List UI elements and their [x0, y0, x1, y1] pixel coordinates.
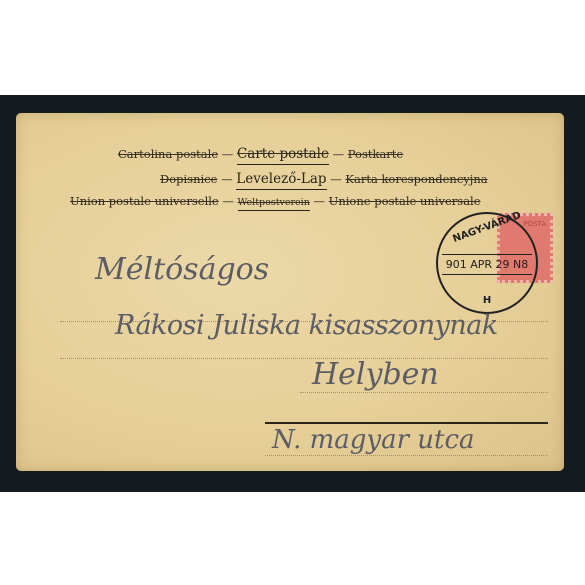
header-row-3: Union postale universelle — Weltpostvere… — [70, 194, 481, 208]
header-row-2: Dopisnice — Levelező-Lap — Karta korespo… — [160, 171, 488, 187]
header-weltpostverein: Weltpostverein — [238, 197, 310, 211]
postmark: NAGY-VÁRAD 901 APR 29 N8 H — [436, 212, 538, 314]
address-line-4 — [265, 455, 548, 456]
header-cartolina: Cartolina postale — [118, 147, 218, 161]
header-dopisnice: Dopisnice — [160, 172, 217, 186]
handwriting-salutation: Méltóságos — [95, 252, 269, 287]
handwriting-recipient: Rákosi Juliska kisasszonynak — [115, 310, 498, 341]
header-carte-postale: Carte postale — [237, 146, 329, 165]
address-line-2 — [60, 358, 548, 359]
header-row-1: Cartolina postale — Carte postale — Post… — [118, 146, 403, 162]
handwriting-street: N. magyar utca — [272, 425, 475, 455]
handwriting-locality: Helyben — [312, 357, 439, 392]
header-levelezo-lap: Levelező-Lap — [236, 171, 326, 190]
address-divider — [265, 422, 548, 424]
header-postkarte: Postkarte — [348, 147, 403, 161]
stamp-label: POSTA — [523, 220, 546, 228]
header-union-postale: Union postale universelle — [70, 194, 219, 208]
header-unione-postale: Unione postale universale — [329, 194, 481, 208]
postmark-bottom: H — [438, 295, 536, 306]
address-line-3 — [300, 392, 548, 393]
postmark-date: 901 APR 29 N8 — [442, 254, 532, 275]
header-karta: Karta korespondencyjna — [345, 172, 487, 186]
